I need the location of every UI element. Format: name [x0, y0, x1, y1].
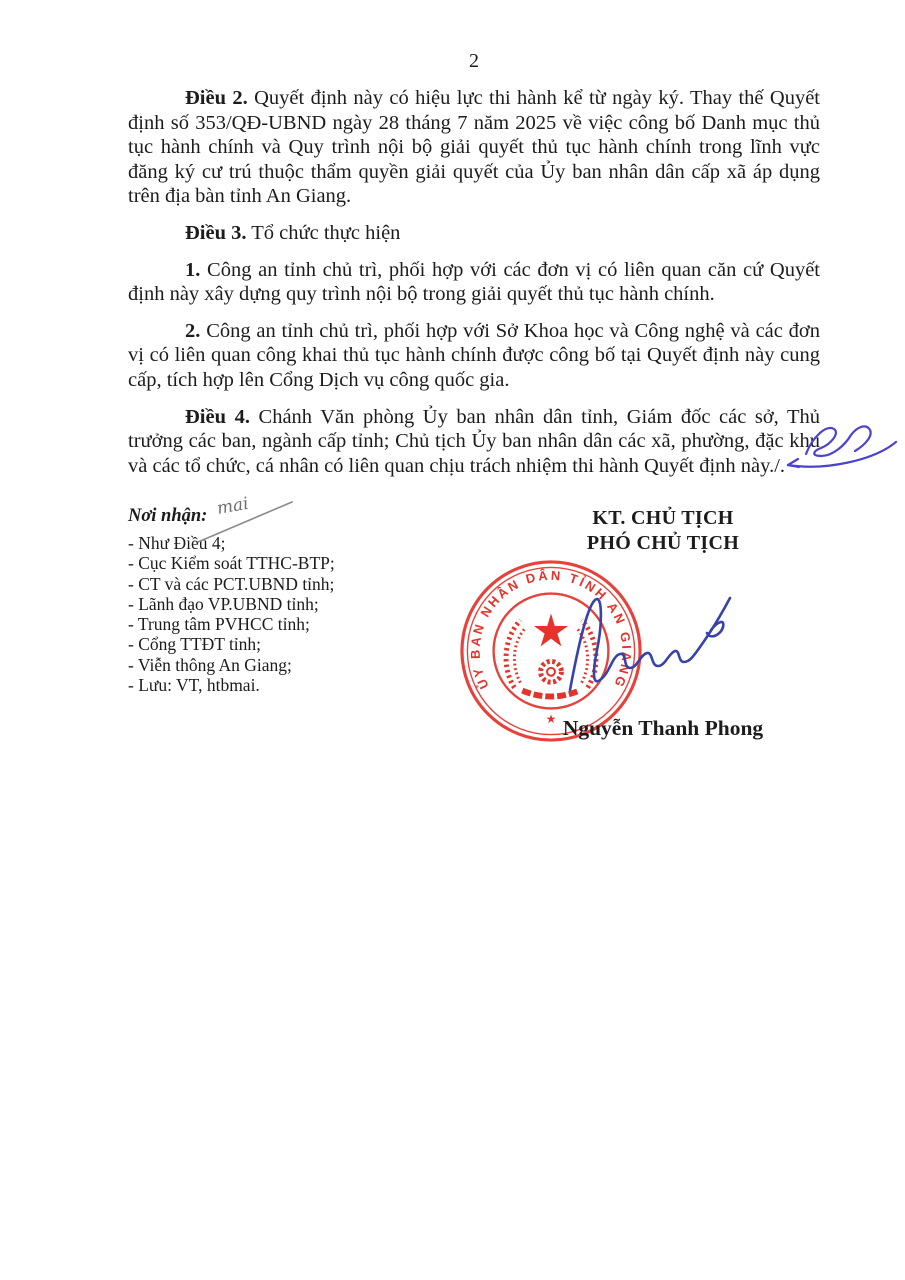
page-number: 2	[128, 50, 820, 73]
recipient-item: - Lãnh đạo VP.UBND tỉnh;	[128, 594, 428, 614]
signer-title-line1: KT. CHỦ TỊCH	[505, 506, 821, 531]
document-body: Điều 2. Quyết định này có hiệu lực thi h…	[128, 86, 820, 490]
item-2-text: Công an tỉnh chủ trì, phối hợp với Sở Kh…	[128, 320, 820, 391]
signature-title-block: KT. CHỦ TỊCH PHÓ CHỦ TỊCH	[505, 506, 821, 556]
signer-name: Nguyễn Thanh Phong	[505, 716, 821, 741]
item-1-text: Công an tỉnh chủ trì, phối hợp với các đ…	[128, 259, 820, 306]
pencil-note-text: mai	[215, 494, 250, 519]
paragraph-article-3: Điều 3. Tổ chức thực hiện	[128, 221, 820, 246]
pencil-note-icon: mai	[194, 488, 298, 546]
signature-stroke-icon	[558, 586, 743, 706]
document-page: 2 Điều 2. Quyết định này có hiệu lực thi…	[0, 0, 905, 1280]
item-2-label: 2.	[185, 320, 200, 342]
paragraph-item-2: 2. Công an tỉnh chủ trì, phối hợp với Sở…	[128, 319, 820, 393]
signer-title-line2: PHÓ CHỦ TỊCH	[505, 531, 821, 556]
paragraph-article-2: Điều 2. Quyết định này có hiệu lực thi h…	[128, 86, 820, 209]
recipient-item: - Trung tâm PVHCC tỉnh;	[128, 614, 428, 634]
paragraph-article-4: Điều 4. Chánh Văn phòng Ủy ban nhân dân …	[128, 405, 820, 479]
article-4-label: Điều 4.	[185, 406, 250, 428]
handwritten-initial-icon	[776, 414, 904, 476]
recipient-item: - Viễn thông An Giang;	[128, 655, 428, 675]
recipient-item: - CT và các PCT.UBND tỉnh;	[128, 574, 428, 594]
article-3-label: Điều 3.	[185, 222, 247, 244]
recipient-item: - Cục Kiểm soát TTHC-BTP;	[128, 553, 428, 573]
article-2-label: Điều 2.	[185, 87, 248, 109]
recipient-item: - Cổng TTĐT tỉnh;	[128, 634, 428, 654]
item-1-label: 1.	[185, 259, 200, 281]
paragraph-item-1: 1. Công an tỉnh chủ trì, phối hợp với cá…	[128, 258, 820, 307]
recipient-item: - Lưu: VT, htbmai.	[128, 675, 428, 695]
article-3-text: Tổ chức thực hiện	[251, 222, 400, 244]
